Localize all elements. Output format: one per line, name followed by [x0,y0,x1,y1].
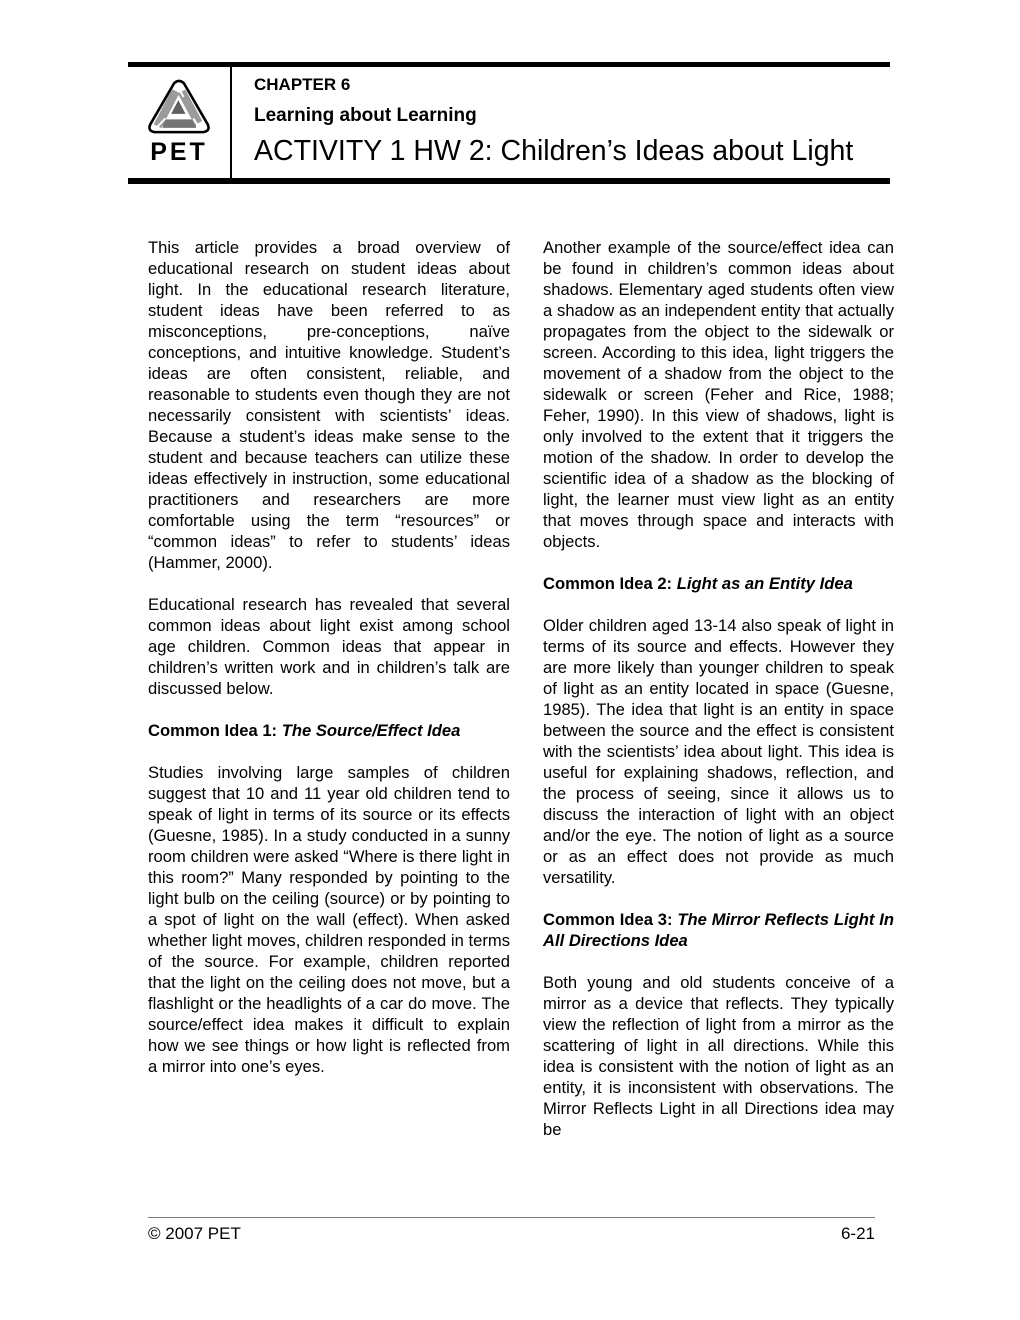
body-paragraph: Both young and old students conceive of … [543,972,894,1140]
page-header: PET CHAPTER 6 Learning about Learning AC… [128,62,890,184]
pet-logo: PET [128,67,232,178]
idea-heading-emphasis: The Mirror Reflects Light In All Directi… [543,910,894,950]
pet-logo-label: PET [150,140,208,165]
article-body: This article provides a broad overview o… [148,237,894,1161]
body-paragraph: Older children aged 13-14 also speak of … [543,615,894,888]
body-paragraph: Another example of the source/effect ide… [543,237,894,552]
page-number: 6-21 [841,1224,875,1244]
pet-triangle-logo-icon [145,78,213,138]
body-paragraph: Studies involving large samples of child… [148,762,510,1077]
idea-heading: Common Idea 3: The Mirror Reflects Light… [543,909,894,951]
chapter-label: CHAPTER 6 [254,75,890,95]
idea-heading-emphasis: Light as an Entity Idea [677,574,853,593]
left-column: This article provides a broad overview o… [148,237,510,1161]
right-column: Another example of the source/effect ide… [543,237,894,1161]
idea-heading: Common Idea 1: The Source/Effect Idea [148,720,510,741]
body-paragraph: Educational research has revealed that s… [148,594,510,699]
idea-heading-emphasis: The Source/Effect Idea [282,721,461,740]
idea-heading: Common Idea 2: Light as an Entity Idea [543,573,894,594]
page-title: ACTIVITY 1 HW 2: Children’s Ideas about … [254,135,890,168]
copyright-text: © 2007 PET [148,1224,241,1244]
document-page: PET CHAPTER 6 Learning about Learning AC… [0,0,1020,1320]
page-footer: © 2007 PET 6-21 [148,1217,875,1244]
body-paragraph: This article provides a broad overview o… [148,237,510,573]
header-titles: CHAPTER 6 Learning about Learning ACTIVI… [232,67,890,178]
section-label: Learning about Learning [254,105,890,128]
